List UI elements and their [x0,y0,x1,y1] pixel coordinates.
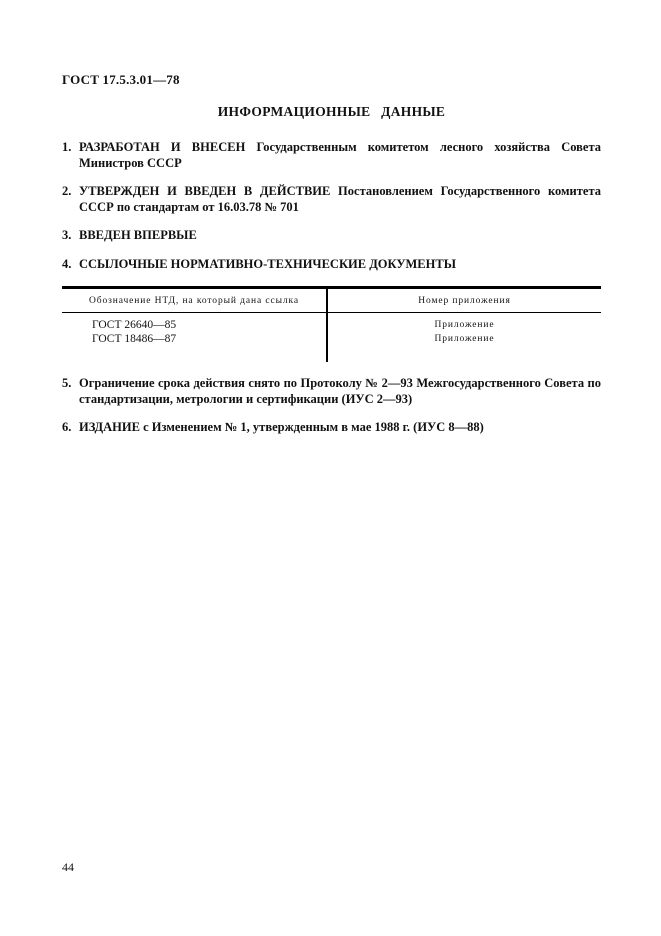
reference-documents-table: Обозначение НТД, на который дана ссылка … [62,286,601,362]
list-item-3: 3. ВВЕДЕН ВПЕРВЫЕ [62,228,601,244]
list-item-1: 1. РАЗРАБОТАН И ВНЕСЕН Государственным к… [62,140,601,171]
table-row: ГОСТ 18486—87 Приложение [62,333,601,363]
cell-ntd: ГОСТ 18486—87 [62,333,327,363]
cell-ntd: ГОСТ 26640—85 [62,313,327,333]
table-row: ГОСТ 26640—85 Приложение [62,313,601,333]
list-item-6: 6. ИЗДАНИЕ с Изменением № 1, утвержденны… [62,420,601,436]
table-header: Обозначение НТД, на который дана ссылка … [62,288,601,313]
doc-code: ГОСТ 17.5.3.01—78 [62,72,601,88]
table-body: ГОСТ 26640—85 Приложение ГОСТ 18486—87 П… [62,313,601,363]
item-text: Ограничение срока действия снято по Прот… [79,376,601,406]
list-item-2: 2. УТВЕРЖДЕН И ВВЕДЕН В ДЕЙСТВИЕ Постано… [62,184,601,215]
item-text: ВВЕДЕН ВПЕРВЫЕ [79,228,197,242]
item-number: 5. [62,376,71,392]
table-header-row: Обозначение НТД, на который дана ссылка … [62,288,601,313]
item-number: 3. [62,228,71,244]
list-item-4: 4. ССЫЛОЧНЫЕ НОРМАТИВНО-ТЕХНИЧЕСКИЕ ДОКУ… [62,257,601,273]
item-text: ССЫЛОЧНЫЕ НОРМАТИВНО-ТЕХНИЧЕСКИЕ ДОКУМЕН… [79,257,456,271]
item-text: ИЗДАНИЕ с Изменением № 1, утвержденным в… [79,420,484,434]
cell-appendix: Приложение [327,333,601,363]
document-page: ГОСТ 17.5.3.01—78 ИНФОРМАЦИОННЫЕ ДАННЫЕ … [0,0,661,936]
page-number: 44 [62,860,74,875]
item-number: 1. [62,140,71,156]
column-header-ntd: Обозначение НТД, на который дана ссылка [62,288,327,313]
item-number: 6. [62,420,71,436]
item-text: РАЗРАБОТАН И ВНЕСЕН Государственным коми… [79,140,601,170]
item-text: УТВЕРЖДЕН И ВВЕДЕН В ДЕЙСТВИЕ Постановле… [79,184,601,214]
list-item-5: 5. Ограничение срока действия снято по П… [62,376,601,407]
column-header-appendix: Номер приложения [327,288,601,313]
page-title: ИНФОРМАЦИОННЫЕ ДАННЫЕ [62,104,601,120]
cell-appendix: Приложение [327,313,601,333]
item-number: 4. [62,257,71,273]
item-number: 2. [62,184,71,200]
